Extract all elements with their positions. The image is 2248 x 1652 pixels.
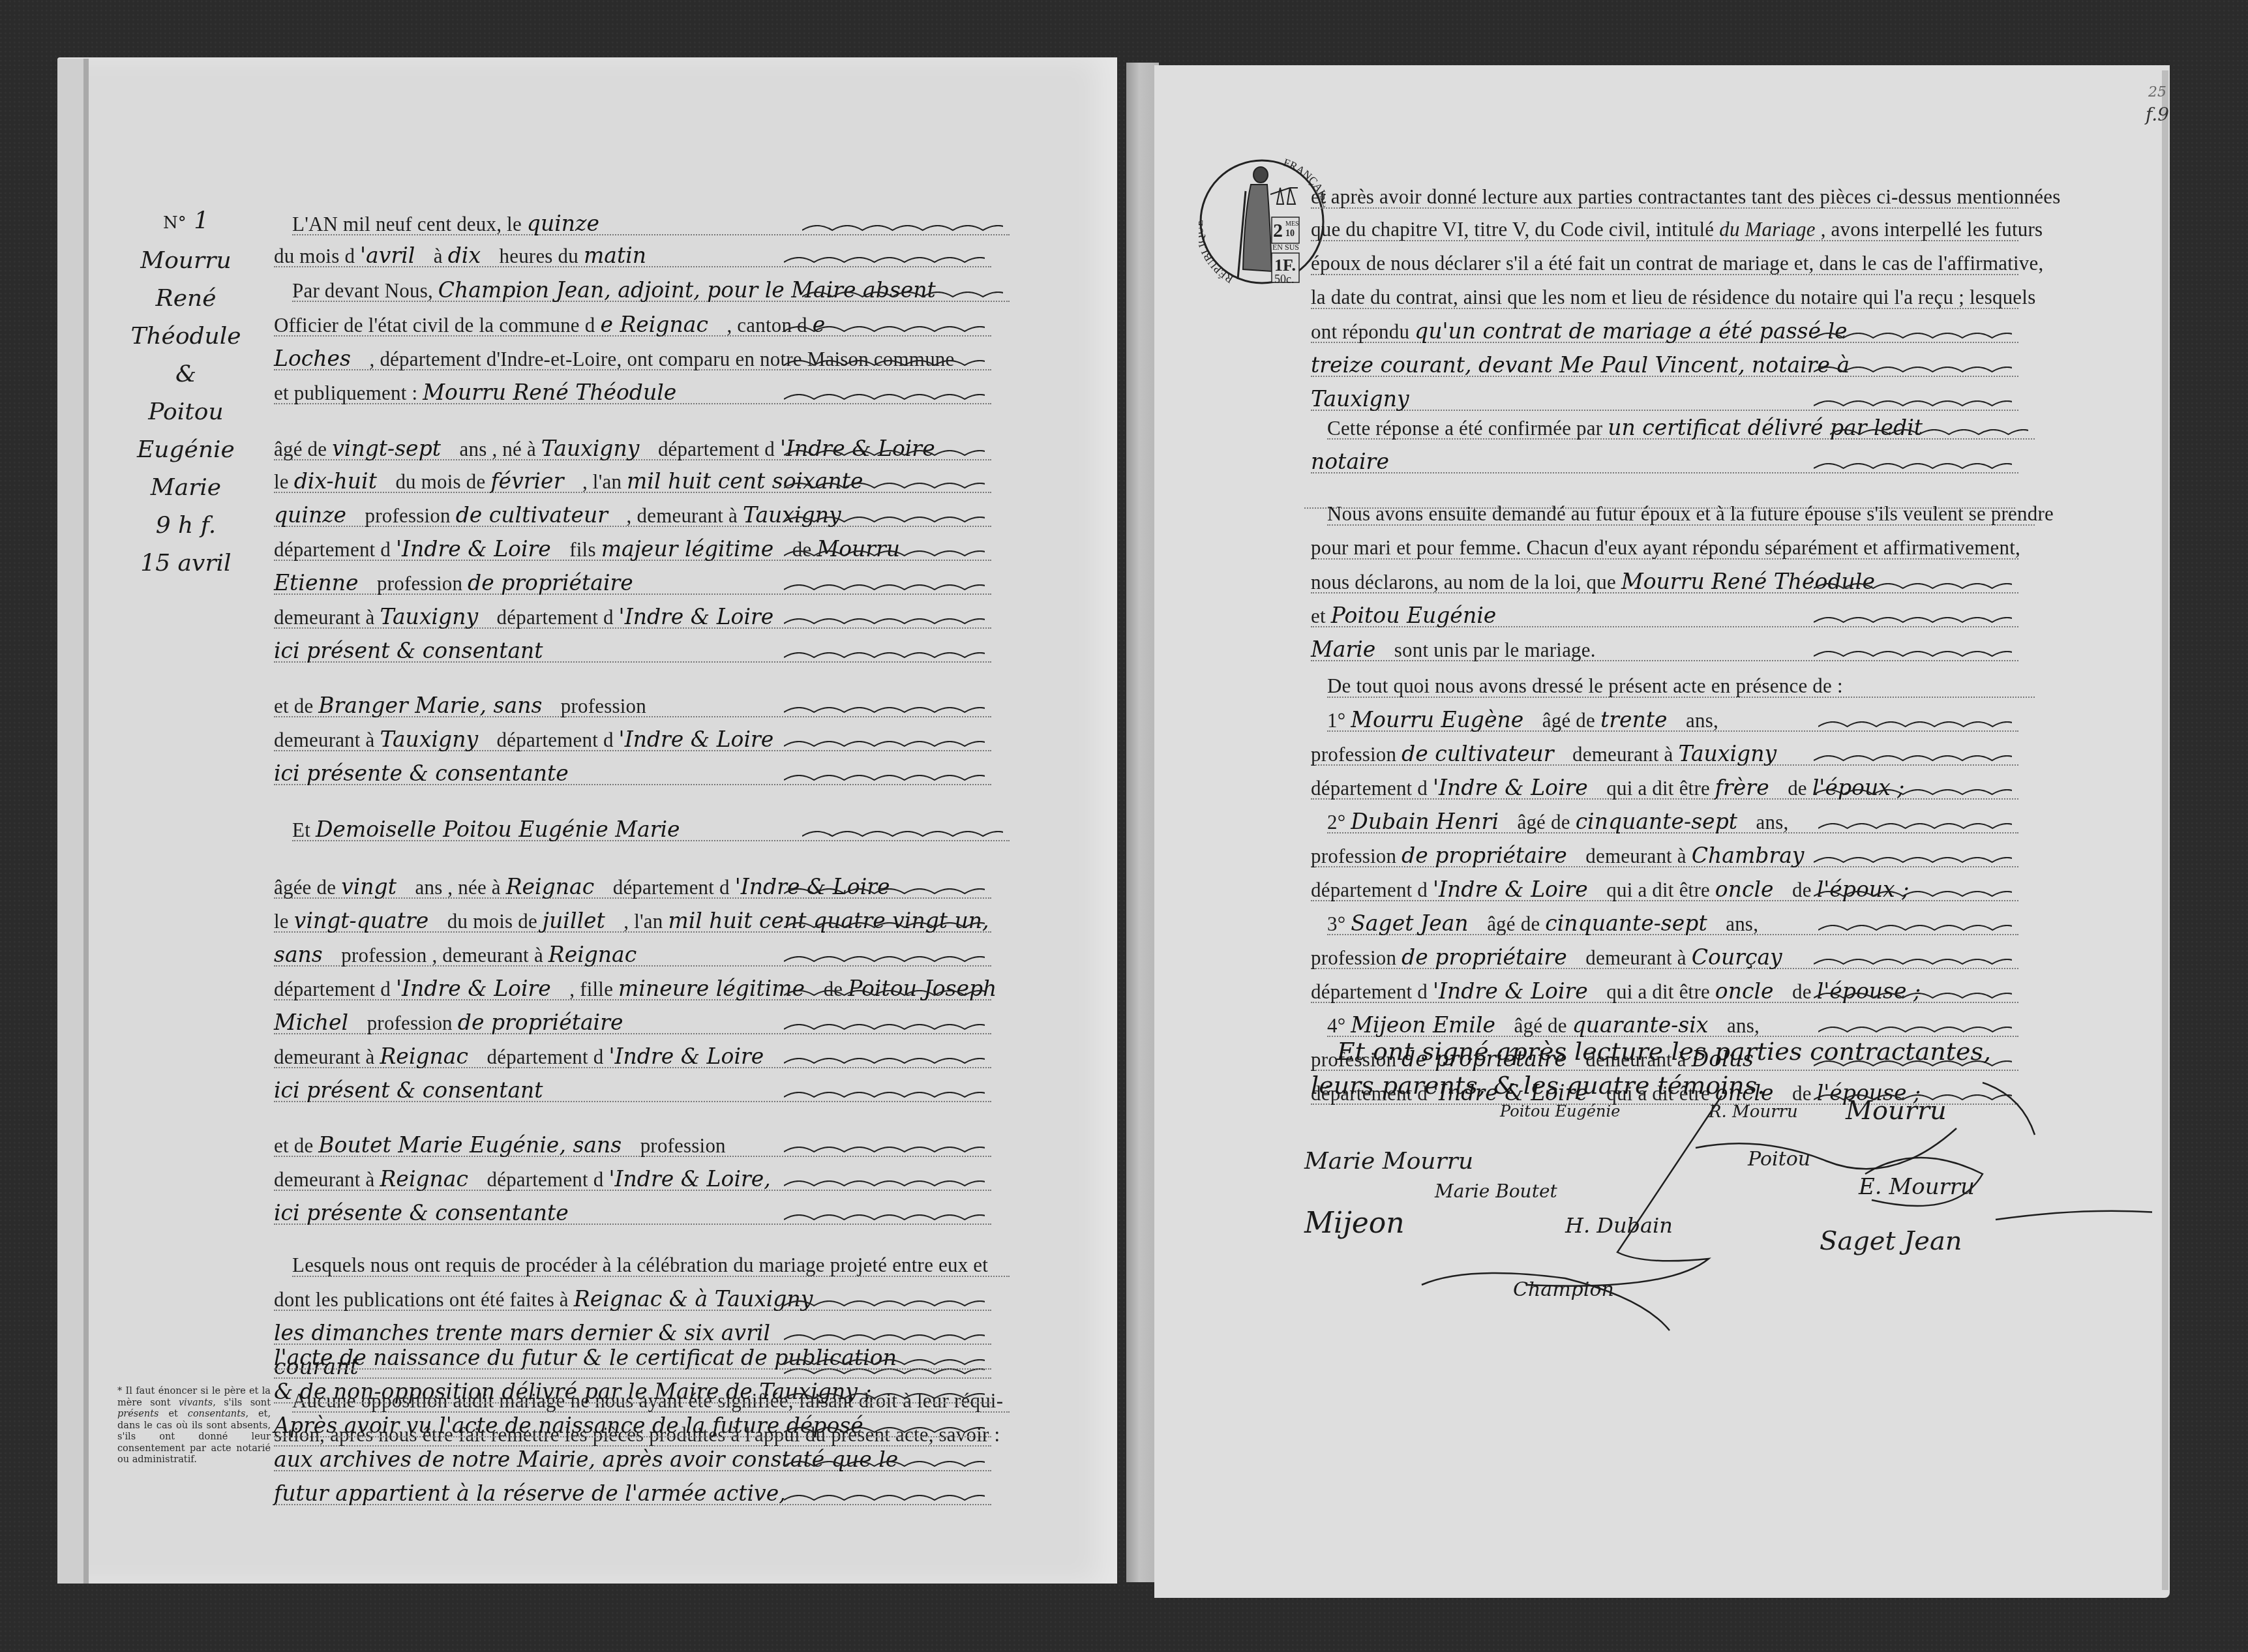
printed-text: profession <box>640 1134 726 1157</box>
handwritten-entry: Tauxigny <box>380 727 485 752</box>
printed-text: ont répondu <box>1311 320 1415 343</box>
printed-text: de <box>1792 879 1817 901</box>
handwritten-entry: vingt-quatre <box>294 908 436 933</box>
footnote-text-part: consentants <box>188 1409 246 1419</box>
printed-text: âgé de <box>1542 709 1600 732</box>
margin-note-line: 9 h f. <box>108 507 264 545</box>
wavy-filler-stroke <box>784 1359 985 1370</box>
printed-text: Officier de l'état civil de la commune d <box>274 314 600 337</box>
handwritten-entry: trente <box>1600 707 1674 732</box>
printed-text: département d <box>1311 777 1433 800</box>
printed-text: , née à <box>447 876 505 899</box>
printed-text: de <box>1792 980 1817 1003</box>
handwritten-entry: Michel <box>274 1010 355 1035</box>
wavy-filler-stroke <box>784 956 985 967</box>
printed-text: , né à <box>492 438 541 460</box>
handwritten-entry: vingt <box>341 874 403 899</box>
form-line: et de Branger Marie, sans profession <box>274 693 991 719</box>
wavy-filler-stroke <box>784 1092 985 1102</box>
handwritten-entry: Saget Jean <box>1351 910 1475 936</box>
printed-text: et <box>1311 605 1331 627</box>
wavy-filler-stroke <box>784 450 985 460</box>
handwritten-entry: & de non-opposition délivré par le Maire… <box>274 1379 871 1404</box>
handwritten-entry: Après avoir vu l'acte de naissance de la… <box>274 1413 863 1438</box>
form-line: profession de cultivateur demeurant à Ta… <box>1311 741 2018 768</box>
handwritten-entry: 'Indre & Loire <box>619 604 774 629</box>
signature-flourishes <box>1304 1070 2152 1344</box>
form-line: 2° Dubain Henri âgé de cinquante-sept an… <box>1327 809 2018 835</box>
wavy-filler-stroke <box>1814 857 2012 867</box>
printed-text: heures du <box>500 245 584 267</box>
handwritten-entry: notaire <box>1311 449 1389 474</box>
form-line: & de non-opposition délivré par le Maire… <box>274 1379 991 1405</box>
form-line: nous déclarons, au nom de la loi, que Mo… <box>1311 569 2018 595</box>
form-line: du mois d 'avril à dix heures du matin <box>274 243 991 269</box>
form-line: époux de nous déclarer s'il a été fait u… <box>1311 250 2018 277</box>
handwritten-entry: Marie <box>1311 637 1383 662</box>
form-line: L'AN mil neuf cent deux, le quinze <box>292 211 1010 237</box>
wavy-filler-stroke <box>784 888 985 899</box>
right-page-edge <box>2162 70 2168 1590</box>
handwritten-entry: e Reignac <box>600 312 715 337</box>
handwritten-entry: majeur légitime <box>601 536 781 562</box>
printed-text: demeurant à <box>274 1168 380 1191</box>
handwritten-entry: 'Indre & Loire <box>396 536 558 562</box>
form-line: Lesquels nous ont requis de procéder à l… <box>292 1252 1010 1278</box>
form-line: dont les publications ont été faites à R… <box>274 1286 991 1313</box>
form-line: 1° Mourru Eugène âgé de trente ans, <box>1327 707 2018 734</box>
handwritten-entry: de propriétaire <box>458 1010 623 1035</box>
printed-text: du mois de <box>395 470 490 493</box>
wavy-filler-stroke <box>784 584 985 595</box>
footnote-text-part: , s'ils sont <box>213 1398 271 1408</box>
wavy-filler-stroke <box>784 1334 985 1345</box>
printed-text: dont les publications ont été faites à <box>274 1288 574 1311</box>
record-number: 1 <box>194 207 209 234</box>
handwritten-entry: quinze <box>274 502 353 528</box>
form-line: Etienne profession de propriétaire <box>274 570 991 597</box>
form-line: Par devant Nous, Champion Jean, adjoint,… <box>292 277 1010 304</box>
printed-text: ans <box>460 438 492 460</box>
closing-line: Et ont signé après lecture les parties c… <box>1337 1038 1991 1064</box>
printed-text: profession <box>341 944 432 967</box>
form-line: les dimanches trente mars dernier & six … <box>274 1320 991 1347</box>
handwritten-entry: Mijeon Emile <box>1351 1012 1502 1038</box>
handwritten-entry: sans <box>274 942 329 967</box>
form-line: Cette réponse a été confirmée par un cer… <box>1327 415 2035 442</box>
printed-text: nous déclarons, au nom de la loi, que <box>1311 571 1621 593</box>
handwritten-entry: cinquante-sept <box>1576 809 1745 834</box>
wavy-filler-stroke <box>802 831 1003 841</box>
handwritten-entry: ici présente & consentante <box>274 760 569 786</box>
form-line: Marie sont unis par le mariage. <box>1311 637 2018 663</box>
wavy-filler-stroke <box>784 517 985 527</box>
handwritten-entry: Branger Marie, sans <box>318 693 548 718</box>
wavy-filler-stroke <box>1814 755 2012 766</box>
wavy-filler-stroke <box>784 257 985 267</box>
folio-number: 25 f.9 <box>2146 82 2169 126</box>
printed-text: ans, <box>1726 912 1758 935</box>
printed-text: L'AN mil neuf cent deux, le <box>292 213 527 235</box>
form-line: De tout quoi nous avons dressé le présen… <box>1327 673 2035 699</box>
printed-text: demeurant à <box>274 1045 380 1068</box>
handwritten-entry: Reignac <box>380 1044 475 1069</box>
form-line: quinze profession de cultivateur , demeu… <box>274 502 991 529</box>
left-page-edge <box>57 59 89 1584</box>
footnote-text-part: vivants <box>179 1398 213 1408</box>
handwritten-entry: Loches <box>274 346 357 371</box>
printed-text: qui a dit être <box>1606 777 1715 800</box>
stamp-ring-left: RÉPUBLIQUE <box>1199 219 1235 285</box>
printed-text: fils <box>569 538 601 561</box>
printed-text: que du chapitre VI, titre V, du Code civ… <box>1311 218 1719 241</box>
printed-text: profession <box>1311 946 1401 969</box>
printed-text: de <box>1788 777 1812 800</box>
handwritten-entry: quinze <box>527 211 599 236</box>
fiscal-stamp: RÉPUBLIQUE FRANÇAISE 2 MES 10 EN SUS 1F.… <box>1199 155 1326 289</box>
printed-text: département d <box>487 1168 608 1191</box>
printed-text: sont unis par le mariage. <box>1394 638 1596 661</box>
printed-text: et après avoir donné lecture aux parties… <box>1311 185 2060 208</box>
form-line: Tauxigny <box>1311 386 2018 413</box>
form-line: Officier de l'état civil de la commune d… <box>274 312 991 338</box>
printed-text: département d <box>497 728 619 751</box>
printed-text: qui a dit être <box>1606 980 1715 1003</box>
handwritten-entry: frère <box>1715 775 1776 800</box>
margin-note-line: Poitou <box>108 393 264 431</box>
handwritten-entry: de cultivateur <box>1401 741 1561 766</box>
wavy-filler-stroke <box>784 360 985 370</box>
margin-note-line: Eugénie Marie <box>108 431 264 507</box>
printed-text: profession <box>365 504 456 527</box>
form-line: âgée de vingt ans , née à Reignac départ… <box>274 874 991 901</box>
form-line: profession de propriétaire demeurant à C… <box>1311 944 2018 971</box>
handwritten-entry: dix <box>448 243 488 268</box>
margin-note-line: Mourru <box>108 242 264 280</box>
printed-text: Nous avons ensuite demandé au futur épou… <box>1327 502 2054 525</box>
form-line: demeurant à Tauxigny département d 'Indr… <box>274 604 991 631</box>
svg-text:RÉPUBLIQUE: RÉPUBLIQUE <box>1199 219 1235 285</box>
printed-text: département d <box>613 876 735 899</box>
printed-text: demeurant à <box>1572 743 1679 766</box>
wavy-filler-stroke <box>1814 891 2012 901</box>
margin-note-line: René Théodule <box>108 280 264 355</box>
wavy-filler-stroke <box>1814 463 2012 473</box>
form-line: demeurant à Reignac département d 'Indre… <box>274 1166 991 1193</box>
footnote: * Il faut énoncer si le père et la mère … <box>117 1386 271 1466</box>
form-line: ici présente & consentante <box>274 1200 991 1227</box>
printed-text: 4° <box>1327 1014 1351 1037</box>
wavy-filler-stroke <box>784 1427 985 1437</box>
handwritten-entry: de propriétaire <box>1401 944 1574 970</box>
printed-text: demeurant à <box>1585 845 1692 867</box>
wavy-filler-stroke <box>784 1147 985 1157</box>
printed-text: et de <box>274 695 318 717</box>
handwritten-entry: oncle <box>1715 978 1780 1004</box>
wavy-filler-stroke <box>1814 959 2012 969</box>
handwritten-entry: 'Indre & Loire, <box>608 1166 770 1192</box>
wavy-filler-stroke <box>1814 651 2012 661</box>
printed-text: profession <box>377 572 468 595</box>
printed-text: ans, <box>1686 709 1718 732</box>
handwritten-entry: Dubain Henri <box>1351 809 1505 834</box>
wavy-filler-stroke <box>1814 400 2012 411</box>
wavy-filler-stroke <box>1818 823 2012 834</box>
form-line: 3° Saget Jean âgé de cinquante-sept ans, <box>1327 910 2018 937</box>
printed-text: De tout quoi nous avons dressé le présen… <box>1327 674 1843 697</box>
wavy-filler-stroke <box>784 741 985 751</box>
margin-note-line: 15 avril <box>108 545 264 582</box>
printed-text: demeurant à <box>274 606 380 629</box>
handwritten-entry: les dimanches trente mars dernier & six … <box>274 1320 770 1345</box>
handwritten-entry: oncle <box>1715 877 1780 902</box>
handwritten-entry: cinquante-sept <box>1545 910 1714 936</box>
wavy-filler-stroke <box>784 550 985 561</box>
form-line: que du chapitre VI, titre V, du Code civ… <box>1311 217 2018 243</box>
wavy-filler-stroke <box>784 652 985 663</box>
wavy-filler-stroke <box>784 483 985 493</box>
printed-text: ans, <box>1727 1014 1760 1037</box>
form-line: et de Boutet Marie Eugénie, sans profess… <box>274 1132 991 1159</box>
printed-text: , l'an <box>582 470 627 493</box>
handwritten-entry: Reignac & à Tauxigny <box>574 1286 813 1312</box>
form-line: ici présente & consentante <box>274 760 991 787</box>
printed-text: qui a dit être <box>1606 879 1715 901</box>
printed-text: profession <box>561 695 646 717</box>
wavy-filler-stroke <box>784 1180 985 1191</box>
printed-text: profession <box>1311 743 1401 766</box>
printed-text: département d <box>1311 879 1433 901</box>
wavy-filler-stroke <box>1814 789 2012 800</box>
svg-text:50c.: 50c. <box>1274 273 1295 286</box>
form-line: aux archives de notre Mairie, après avoi… <box>274 1447 991 1473</box>
handwritten-entry: Mourru René Théodule <box>423 380 676 405</box>
handwritten-entry: Reignac <box>380 1166 475 1192</box>
printed-text: Lesquels nous ont requis de procéder à l… <box>292 1254 988 1276</box>
printed-text: à <box>434 245 448 267</box>
wavy-filler-stroke <box>1814 617 2012 627</box>
printed-text: âgé de <box>274 438 332 460</box>
printed-text: , l'an <box>623 910 668 933</box>
form-line: pour mari et pour femme. Chacun d'eux ay… <box>1311 535 2018 561</box>
wavy-filler-stroke <box>784 922 985 933</box>
wavy-filler-stroke <box>802 292 1003 302</box>
wavy-filler-stroke <box>784 990 985 1000</box>
printed-text: ans <box>415 876 447 899</box>
printed-text: et de <box>274 1134 318 1157</box>
margin-note: N° 1 MourruRené Théodule&PoitouEugénie M… <box>108 202 264 582</box>
wavy-filler-stroke <box>1814 993 2012 1003</box>
printed-text: département d <box>1311 980 1433 1003</box>
printed-text: et publiquement : <box>274 382 423 404</box>
handwritten-entry: mineure légitime <box>618 976 812 1001</box>
printed-text: demeurant à <box>274 728 380 751</box>
printed-text: profession <box>1311 845 1401 867</box>
printed-text: époux de nous déclarer s'il a été fait u… <box>1311 252 2043 275</box>
handwritten-entry: 'Indre & Loire <box>1433 978 1595 1004</box>
printed-text: âgé de <box>1514 1014 1572 1037</box>
handwritten-entry: Tauxigny <box>541 436 646 461</box>
svg-text:MES: MES <box>1285 220 1299 228</box>
handwritten-entry: de propriétaire <box>1401 843 1574 868</box>
form-line: notaire <box>1311 449 2018 475</box>
handwritten-entry: Poitou Eugénie <box>1331 603 1497 628</box>
wavy-filler-stroke <box>784 1393 985 1404</box>
wavy-filler-stroke <box>784 707 985 717</box>
svg-text:10: 10 <box>1285 229 1295 239</box>
form-line: futur appartient à la réserve de l'armée… <box>274 1480 991 1507</box>
form-line: département d 'Indre & Loire qui a dit ê… <box>1311 775 2018 802</box>
handwritten-entry: 'Indre & Loire <box>619 727 774 752</box>
handwritten-entry: Demoiselle Poitou Eugénie Marie <box>316 817 680 842</box>
wavy-filler-stroke <box>784 618 985 629</box>
printed-text: âgé de <box>1517 811 1575 834</box>
wavy-filler-stroke <box>1830 429 2028 440</box>
form-line: et publiquement : Mourru René Théodule <box>274 380 991 406</box>
svg-text:1F.: 1F. <box>1274 256 1296 275</box>
form-line: département d 'Indre & Loire , fille min… <box>274 976 991 1002</box>
handwritten-entry: de propriétaire <box>468 570 633 595</box>
svg-text:2: 2 <box>1273 220 1283 241</box>
wavy-filler-stroke <box>1818 1027 2012 1037</box>
handwritten-entry: dix-huit <box>294 468 384 494</box>
handwritten-entry: matin <box>584 243 646 268</box>
printed-text: département d <box>274 538 396 561</box>
printed-text: 2° <box>1327 811 1351 834</box>
printed-text: âgée de <box>274 876 341 899</box>
handwritten-entry: quarante-six <box>1572 1012 1715 1038</box>
form-line: département d 'Indre & Loire qui a dit ê… <box>1311 877 2018 903</box>
printed-text: du mois d <box>274 245 360 267</box>
printed-text: 1° <box>1327 709 1351 732</box>
handwritten-entry: 'Indre & Loire <box>608 1044 764 1069</box>
form-line: la date du contrat, ainsi que les nom et… <box>1311 284 2018 310</box>
form-line: âgé de vingt-sept ans , né à Tauxigny dé… <box>274 436 991 462</box>
handwritten-entry: février <box>490 468 571 494</box>
handwritten-entry: Tauxigny <box>380 604 485 629</box>
handwritten-entry: ici présente & consentante <box>274 1200 569 1225</box>
printed-text: profession <box>367 1012 458 1034</box>
handwritten-entry: qu'un contrat de mariage a été passé le <box>1415 318 1848 344</box>
form-line: demeurant à Reignac département d 'Indre… <box>274 1044 991 1070</box>
printed-text: , avons interpellé les futurs <box>1821 218 2043 241</box>
handwritten-entry: ici présent & consentant <box>274 638 543 663</box>
handwritten-entry: 'Indre & Loire <box>396 976 558 1001</box>
record-number-label: N° <box>163 213 187 233</box>
form-line: le vingt-quatre du mois de juillet , l'a… <box>274 908 991 935</box>
printed-text: Et <box>292 818 316 841</box>
form-line: l'acte de naissance du futur & le certif… <box>274 1345 991 1372</box>
form-line: Loches , département d'Indre-et-Loire, o… <box>274 346 991 372</box>
margin-note-line: & <box>108 355 264 393</box>
handwritten-entry: Reignac <box>506 874 601 899</box>
form-line: ici présent & consentant <box>274 638 991 665</box>
form-line: sans profession , demeurant à Reignac <box>274 942 991 969</box>
printed-text: département d <box>497 606 619 629</box>
form-line: ont répondu qu'un contrat de mariage a é… <box>1311 318 2018 345</box>
form-line: et après avoir donné lecture aux parties… <box>1311 184 2018 210</box>
handwritten-entry: 'Indre & Loire <box>1433 877 1595 902</box>
printed-text: département d <box>658 438 780 460</box>
printed-text: ans, <box>1756 811 1789 834</box>
printed-text: la date du contrat, ainsi que les nom et… <box>1311 286 2035 308</box>
printed-text: âgé de <box>1487 912 1545 935</box>
printed-text: demeurant à <box>1585 946 1692 969</box>
handwritten-entry: Chambray <box>1692 843 1805 868</box>
printed-text: le <box>274 470 294 493</box>
handwritten-entry: treize courant, devant Me Paul Vincent, … <box>1311 352 1850 378</box>
handwritten-entry: de cultivateur <box>456 502 615 528</box>
handwritten-entry: Etienne <box>274 570 365 595</box>
printed-text: le <box>274 910 294 933</box>
wavy-filler-stroke <box>784 326 985 337</box>
wavy-filler-stroke <box>1814 333 2012 343</box>
form-line: le dix-huit du mois de février , l'an mi… <box>274 468 991 495</box>
printed-text: du mois de <box>447 910 543 933</box>
handwritten-entry: juillet <box>543 908 612 933</box>
handwritten-entry: Courçay <box>1692 944 1782 970</box>
form-line: Après avoir vu l'acte de naissance de la… <box>274 1413 991 1439</box>
wavy-filler-stroke <box>784 1024 985 1034</box>
handwritten-entry: 'Indre & Loire <box>1433 775 1595 800</box>
wavy-filler-stroke <box>784 1461 985 1471</box>
printed-text: , demeurant à <box>627 504 743 527</box>
wavy-filler-stroke <box>784 1214 985 1225</box>
form-line: Nous avons ensuite demandé au futur épou… <box>1327 501 2035 527</box>
printed-text: département d <box>487 1045 608 1068</box>
form-line: treize courant, devant Me Paul Vincent, … <box>1311 352 2018 379</box>
form-line: département d 'Indre & Loire fils majeur… <box>274 536 991 563</box>
handwritten-entry: futur appartient à la réserve de l'armée… <box>274 1480 786 1506</box>
handwritten-entry: ici présent & consentant <box>274 1077 543 1103</box>
handwritten-entry: Mourru Eugène <box>1351 707 1530 732</box>
form-line: département d 'Indre & Loire qui a dit ê… <box>1311 978 2018 1005</box>
wavy-filler-stroke <box>802 225 1003 235</box>
printed-text: Par devant Nous, <box>292 279 438 302</box>
printed-text: , fille <box>569 978 618 1000</box>
handwritten-entry: 'avril <box>360 243 422 268</box>
printed-text: du Mariage <box>1719 218 1820 241</box>
printed-text: , demeurant à <box>432 944 548 967</box>
printed-text: 3° <box>1327 912 1351 935</box>
form-line: demeurant à Tauxigny département d 'Indr… <box>274 727 991 753</box>
form-line: Michel profession de propriétaire <box>274 1010 991 1036</box>
wavy-filler-stroke <box>784 1495 985 1505</box>
wavy-filler-stroke <box>1814 583 2012 593</box>
svg-text:EN SUS: EN SUS <box>1272 243 1299 252</box>
wavy-filler-stroke <box>1818 925 2012 935</box>
form-line: 4° Mijeon Emile âgé de quarante-six ans, <box>1327 1012 2018 1039</box>
form-line: ici présent & consentant <box>274 1077 991 1104</box>
handwritten-entry: Reignac <box>548 942 637 967</box>
printed-text: pour mari et pour femme. Chacun d'eux ay… <box>1311 536 2020 559</box>
form-line: profession de propriétaire demeurant à C… <box>1311 843 2018 869</box>
form-line: Et Demoiselle Poitou Eugénie Marie <box>292 817 1010 843</box>
handwritten-entry: Tauxigny <box>1678 741 1776 766</box>
printed-text: Cette réponse a été confirmée par <box>1327 417 1608 440</box>
handwritten-entry: Tauxigny <box>1311 386 1409 412</box>
wavy-filler-stroke <box>784 1058 985 1068</box>
wavy-filler-stroke <box>1818 721 2012 732</box>
handwritten-entry: Boutet Marie Eugénie, sans <box>318 1132 628 1158</box>
footnote-text-part: présents <box>117 1409 158 1419</box>
wavy-filler-stroke <box>784 1300 985 1311</box>
wavy-filler-stroke <box>1814 367 2012 377</box>
wavy-filler-stroke <box>784 775 985 785</box>
wavy-filler-stroke <box>784 394 985 404</box>
form-line: et Poitou Eugénie <box>1311 603 2018 629</box>
printed-text: département d <box>274 978 396 1000</box>
